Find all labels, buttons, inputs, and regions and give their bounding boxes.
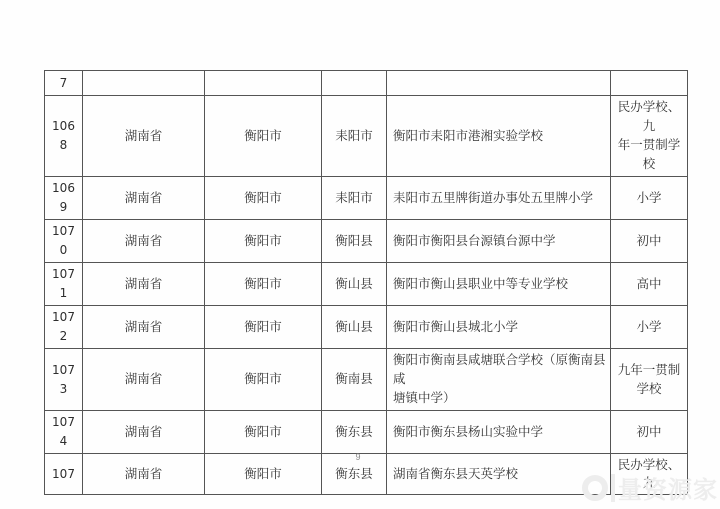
cell-serial: 1069 bbox=[45, 177, 83, 220]
cell-school-name: 衡阳市耒阳市港湘实验学校 bbox=[387, 96, 611, 177]
cell-county: 耒阳市 bbox=[322, 177, 387, 220]
cell-county: 衡阳县 bbox=[322, 220, 387, 263]
cell-province: 湖南省 bbox=[83, 263, 205, 306]
cell-county: 衡山县 bbox=[322, 263, 387, 306]
cell-school-type: 初中 bbox=[611, 411, 688, 454]
cell-school-type bbox=[611, 71, 688, 96]
table-row: 1068 湖南省 衡阳市 耒阳市 衡阳市耒阳市港湘实验学校 民办学校、九 年一贯… bbox=[45, 96, 688, 177]
table-row: 1071 湖南省 衡阳市 衡山县 衡阳市衡山县职业中等专业学校 高中 bbox=[45, 263, 688, 306]
cell-city bbox=[205, 71, 322, 96]
cell-serial: 1073 bbox=[45, 349, 83, 411]
cell-serial: 107 bbox=[45, 454, 83, 495]
table-row: 1074 湖南省 衡阳市 衡东县 衡阳市衡东县杨山实验中学 初中 bbox=[45, 411, 688, 454]
cell-county: 耒阳市 bbox=[322, 96, 387, 177]
cell-city: 衡阳市 bbox=[205, 306, 322, 349]
cell-school-name bbox=[387, 71, 611, 96]
cell-school-type: 小学 bbox=[611, 306, 688, 349]
table-row: 1073 湖南省 衡阳市 衡南县 衡阳市衡南县咸塘联合学校（原衡南县咸 塘镇中学… bbox=[45, 349, 688, 411]
cell-county: 衡东县 bbox=[322, 411, 387, 454]
cell-school-type: 小学 bbox=[611, 177, 688, 220]
cell-school-type: 高中 bbox=[611, 263, 688, 306]
cell-province bbox=[83, 71, 205, 96]
cell-county: 衡南县 bbox=[322, 349, 387, 411]
cell-school-name: 衡阳市衡南县咸塘联合学校（原衡南县咸 塘镇中学） bbox=[387, 349, 611, 411]
table-row: 1070 湖南省 衡阳市 衡阳县 衡阳市衡阳县台源镇台源中学 初中 bbox=[45, 220, 688, 263]
cell-province: 湖南省 bbox=[83, 454, 205, 495]
cell-serial: 1072 bbox=[45, 306, 83, 349]
school-list-table: 7 1068 湖南省 衡阳市 耒阳市 衡阳市耒阳市港湘实验学校 民办学校、九 年… bbox=[44, 70, 688, 495]
cell-city: 衡阳市 bbox=[205, 263, 322, 306]
cell-city: 衡阳市 bbox=[205, 177, 322, 220]
cell-city: 衡阳市 bbox=[205, 96, 322, 177]
cell-school-type: 初中 bbox=[611, 220, 688, 263]
watermark-text: 量资源家 bbox=[618, 470, 718, 505]
watermark-logo-icon bbox=[582, 475, 608, 501]
cell-city: 衡阳市 bbox=[205, 349, 322, 411]
watermark-bar-icon bbox=[611, 474, 615, 502]
cell-school-name: 湖南省衡东县天英学校 bbox=[387, 454, 611, 495]
cell-province: 湖南省 bbox=[83, 306, 205, 349]
cell-province: 湖南省 bbox=[83, 411, 205, 454]
cell-school-name: 耒阳市五里牌街道办事处五里牌小学 bbox=[387, 177, 611, 220]
cell-school-name: 衡阳市衡山县职业中等专业学校 bbox=[387, 263, 611, 306]
cell-province: 湖南省 bbox=[83, 220, 205, 263]
watermark: 量资源家 bbox=[582, 470, 718, 505]
cell-school-type: 九年一贯制 学校 bbox=[611, 349, 688, 411]
cell-serial: 1068 bbox=[45, 96, 83, 177]
cell-city: 衡阳市 bbox=[205, 454, 322, 495]
cell-serial: 1071 bbox=[45, 263, 83, 306]
cell-school-name: 衡阳市衡阳县台源镇台源中学 bbox=[387, 220, 611, 263]
cell-serial: 1070 bbox=[45, 220, 83, 263]
cell-serial: 1074 bbox=[45, 411, 83, 454]
document-page: 7 1068 湖南省 衡阳市 耒阳市 衡阳市耒阳市港湘实验学校 民办学校、九 年… bbox=[0, 0, 720, 509]
cell-school-type: 民办学校、九 年一贯制学 校 bbox=[611, 96, 688, 177]
cell-city: 衡阳市 bbox=[205, 220, 322, 263]
cell-serial: 7 bbox=[45, 71, 83, 96]
table-row: 1072 湖南省 衡阳市 衡山县 衡阳市衡山县城北小学 小学 bbox=[45, 306, 688, 349]
cell-school-name: 衡阳市衡东县杨山实验中学 bbox=[387, 411, 611, 454]
cell-county bbox=[322, 71, 387, 96]
cell-province: 湖南省 bbox=[83, 96, 205, 177]
cell-school-name: 衡阳市衡山县城北小学 bbox=[387, 306, 611, 349]
table-row: 7 bbox=[45, 71, 688, 96]
cell-province: 湖南省 bbox=[83, 177, 205, 220]
cell-county: 衡山县 bbox=[322, 306, 387, 349]
page-number: 9 bbox=[350, 452, 366, 462]
table-row: 1069 湖南省 衡阳市 耒阳市 耒阳市五里牌街道办事处五里牌小学 小学 bbox=[45, 177, 688, 220]
cell-city: 衡阳市 bbox=[205, 411, 322, 454]
cell-province: 湖南省 bbox=[83, 349, 205, 411]
